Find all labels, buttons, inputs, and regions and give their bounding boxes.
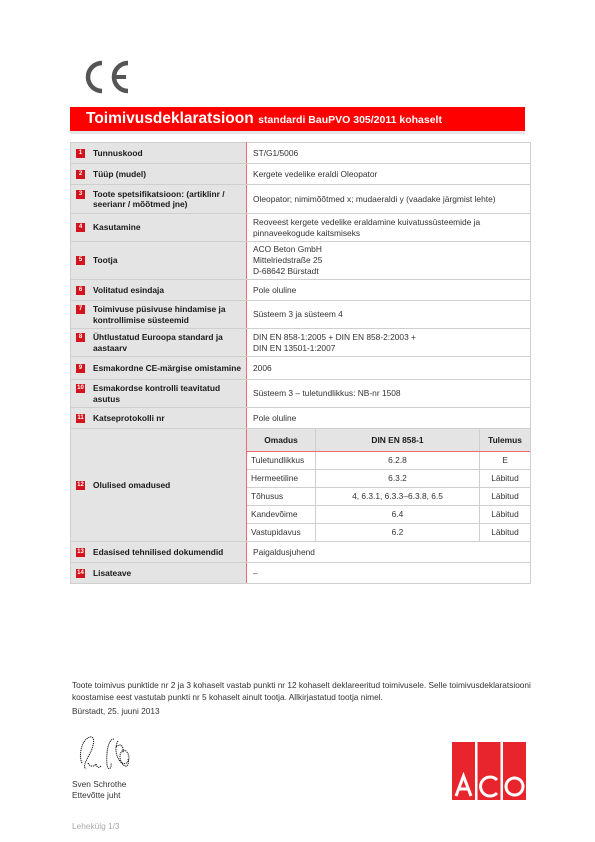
row-value-line: D-68642 Bürstadt (253, 266, 530, 277)
row-value-cell: DIN EN 858-1:2005 + DIN EN 858-2:2003 +D… (247, 329, 531, 357)
signature-image (74, 733, 144, 775)
item-number-badge: 11 (76, 414, 85, 423)
properties-header-cell: DIN EN 858-1 (316, 429, 480, 452)
properties-cell: 4, 6.3.1, 6.3.3–6.3.8, 6.5 (316, 488, 480, 506)
row-label-cell: 10 Esmakordse kontrolli teavitatud asutu… (71, 380, 247, 408)
row-label-cell: 14 Lisateave (71, 563, 247, 584)
item-number-badge: 5 (76, 256, 85, 265)
signer-name: Sven Schrothe (72, 779, 126, 790)
declaration-row: 3 Toote spetsifikatsioon: (artiklinr / s… (71, 185, 531, 214)
row-value-cell: Paigaldusjuhend (247, 542, 531, 563)
row-value-cell: Süsteem 3 ja süsteem 4 (247, 301, 531, 329)
item-number-badge: 2 (76, 170, 85, 179)
properties-row: Tõhusus4, 6.3.1, 6.3.3–6.3.8, 6.5Läbitud (247, 488, 530, 506)
properties-row: Hermeetiline6.3.2Läbitud (247, 470, 530, 488)
row-label: Olulised omadused (93, 480, 170, 491)
essential-characteristics-row: 12 Olulised omadusedOmadusDIN EN 858-1Tu… (71, 429, 531, 542)
declaration-row: 7 Toimivuse püsivuse hindamise ja kontro… (71, 301, 531, 329)
properties-table: OmadusDIN EN 858-1TulemusTuletundlikkus6… (247, 429, 530, 541)
row-value-line: Paigaldusjuhend (253, 547, 530, 558)
properties-cell: Hermeetiline (247, 470, 316, 488)
declaration-row: 10 Esmakordse kontrolli teavitatud asutu… (71, 380, 531, 408)
properties-row: Vastupidavus6.2Läbitud (247, 524, 530, 542)
properties-cell: 6.3.2 (316, 470, 480, 488)
declaration-row: 14 Lisateave– (71, 563, 531, 584)
row-value-cell: Oleopator; nimimõõtmed x; mudaeraldi y (… (247, 185, 531, 214)
row-label-cell: 8 Ühtlustatud Euroopa standard ja aastaa… (71, 329, 247, 357)
signer-block: Sven Schrothe Ettevõtte juht (72, 779, 126, 801)
properties-cell: Läbitud (480, 524, 531, 542)
row-label: Edasised tehnilised dokumendid (93, 547, 223, 558)
declaration-row: 4 KasutamineReoveest kergete vedelike er… (71, 214, 531, 242)
row-label: Esmakordne CE-märgise omistamine (93, 363, 241, 374)
declaration-row: 5 TootjaACO Beton GmbHMittelriedstraße 2… (71, 242, 531, 280)
properties-cell: Tõhusus (247, 488, 316, 506)
signer-title: Ettevõtte juht (72, 790, 126, 801)
row-label: Toote spetsifikatsioon: (artiklinr / see… (93, 189, 246, 210)
properties-cell: Läbitud (480, 506, 531, 524)
row-value-cell: ACO Beton GmbHMittelriedstraße 25D-68642… (247, 242, 531, 280)
declaration-row: 1 TunnuskoodST/G1/5006 (71, 143, 531, 164)
declaration-row: 8 Ühtlustatud Euroopa standard ja aastaa… (71, 329, 531, 357)
row-value-line: – (253, 568, 530, 579)
properties-cell: E (480, 452, 531, 470)
properties-cell: 6.2 (316, 524, 480, 542)
item-number-badge: 7 (76, 305, 85, 314)
ce-mark-icon (84, 60, 132, 94)
row-label-cell: 11 Katseprotokolli nr (71, 408, 247, 429)
row-label-cell: 6 Volitatud esindaja (71, 280, 247, 301)
properties-cell: Tuletundlikkus (247, 452, 316, 470)
row-label: Lisateave (93, 568, 131, 579)
properties-cell: Läbitud (480, 488, 531, 506)
row-value-line: DIN EN 858-1:2005 + DIN EN 858-2:2003 + (253, 332, 530, 343)
document-title-banner: Toimivusdeklaratsioon standardi BauPVO 3… (70, 107, 525, 131)
declaration-row: 11 Katseprotokolli nrPole oluline (71, 408, 531, 429)
declaration-row: 13 Edasised tehnilised dokumendidPaigald… (71, 542, 531, 563)
row-label-cell: 13 Edasised tehnilised dokumendid (71, 542, 247, 563)
properties-row: Tuletundlikkus6.2.8E (247, 452, 530, 470)
item-number-badge: 3 (76, 190, 85, 199)
item-number-badge: 8 (76, 333, 85, 342)
row-label: Volitatud esindaja (93, 285, 164, 296)
row-value-line: Pole oluline (253, 285, 530, 296)
properties-header-cell: Tulemus (480, 429, 531, 452)
row-value-cell: Pole oluline (247, 280, 531, 301)
row-label-cell: 4 Kasutamine (71, 214, 247, 242)
row-label-cell: 7 Toimivuse püsivuse hindamise ja kontro… (71, 301, 247, 329)
row-label-cell: 1 Tunnuskood (71, 143, 247, 164)
row-label: Esmakordse kontrolli teavitatud asutus (93, 383, 246, 404)
document-title: Toimivusdeklaratsioon (86, 110, 254, 127)
row-value-line: Kergete vedelike eraldi Oleopator (253, 169, 530, 180)
declaration-statement: Toote toimivus punktide nr 2 ja 3 kohase… (72, 680, 532, 703)
properties-cell-container: OmadusDIN EN 858-1TulemusTuletundlikkus6… (247, 429, 531, 542)
row-label: Tunnuskood (93, 148, 143, 159)
declaration-row: 6 Volitatud esindajaPole oluline (71, 280, 531, 301)
footer-statement-block: Toote toimivus punktide nr 2 ja 3 kohase… (72, 680, 532, 721)
row-label-cell: 3 Toote spetsifikatsioon: (artiklinr / s… (71, 185, 247, 214)
page-number: Lehekülg 1/3 (72, 821, 120, 831)
aco-logo-icon (452, 742, 526, 800)
row-value-line: Pole oluline (253, 413, 530, 424)
properties-header-row: OmadusDIN EN 858-1Tulemus (247, 429, 530, 452)
row-label: Ühtlustatud Euroopa standard ja aastaarv (93, 332, 246, 353)
row-value-line: Reoveest kergete vedelike eraldamine kui… (253, 217, 530, 228)
row-value-cell: – (247, 563, 531, 584)
item-number-badge: 12 (76, 481, 85, 490)
place-date: Bürstadt, 25. juuni 2013 (72, 706, 532, 718)
row-value-line: Oleopator; nimimõõtmed x; mudaeraldi y (… (253, 194, 530, 205)
row-value-line: Mittelriedstraße 25 (253, 255, 530, 266)
row-label: Toimivuse püsivuse hindamise ja kontroll… (93, 304, 246, 325)
declaration-row: 9 Esmakordne CE-märgise omistamine2006 (71, 357, 531, 380)
row-label-cell: 12 Olulised omadused (71, 429, 247, 542)
declaration-row: 2 Tüüp (mudel)Kergete vedelike eraldi Ol… (71, 164, 531, 185)
properties-cell: Läbitud (480, 470, 531, 488)
row-label: Tootja (93, 255, 118, 266)
properties-cell: Kandevõime (247, 506, 316, 524)
row-label-cell: 2 Tüüp (mudel) (71, 164, 247, 185)
item-number-badge: 9 (76, 364, 85, 373)
properties-header-cell: Omadus (247, 429, 316, 452)
banner-shadow (70, 131, 525, 134)
row-label: Kasutamine (93, 222, 140, 233)
row-value-cell: 2006 (247, 357, 531, 380)
properties-row: Kandevõime6.4Läbitud (247, 506, 530, 524)
row-value-line: Süsteem 3 ja süsteem 4 (253, 309, 530, 320)
row-label-cell: 9 Esmakordne CE-märgise omistamine (71, 357, 247, 380)
row-value-line: Süsteem 3 – tuletundlikkus: NB-nr 1508 (253, 388, 530, 399)
row-label-cell: 5 Tootja (71, 242, 247, 280)
item-number-badge: 13 (76, 548, 85, 557)
item-number-badge: 10 (76, 384, 85, 393)
row-value-line: 2006 (253, 363, 530, 374)
document-subtitle: standardi BauPVO 305/2011 kohaselt (258, 114, 442, 126)
item-number-badge: 4 (76, 223, 85, 232)
row-label: Katseprotokolli nr (93, 413, 165, 424)
row-label: Tüüp (mudel) (93, 169, 146, 180)
row-value-line: DIN EN 13501-1:2007 (253, 343, 530, 354)
row-value-line: ST/G1/5006 (253, 148, 530, 159)
row-value-line: ACO Beton GmbH (253, 244, 530, 255)
item-number-badge: 1 (76, 149, 85, 158)
properties-cell: Vastupidavus (247, 524, 316, 542)
row-value-cell: Kergete vedelike eraldi Oleopator (247, 164, 531, 185)
row-value-line: pinnaveekogude kaitsmiseks (253, 228, 530, 239)
properties-cell: 6.4 (316, 506, 480, 524)
properties-cell: 6.2.8 (316, 452, 480, 470)
row-value-cell: Reoveest kergete vedelike eraldamine kui… (247, 214, 531, 242)
row-value-cell: ST/G1/5006 (247, 143, 531, 164)
item-number-badge: 6 (76, 286, 85, 295)
item-number-badge: 14 (76, 569, 85, 578)
row-value-cell: Pole oluline (247, 408, 531, 429)
row-value-cell: Süsteem 3 – tuletundlikkus: NB-nr 1508 (247, 380, 531, 408)
declaration-table: 1 TunnuskoodST/G1/5006 2 Tüüp (mudel)Ker… (70, 142, 531, 584)
